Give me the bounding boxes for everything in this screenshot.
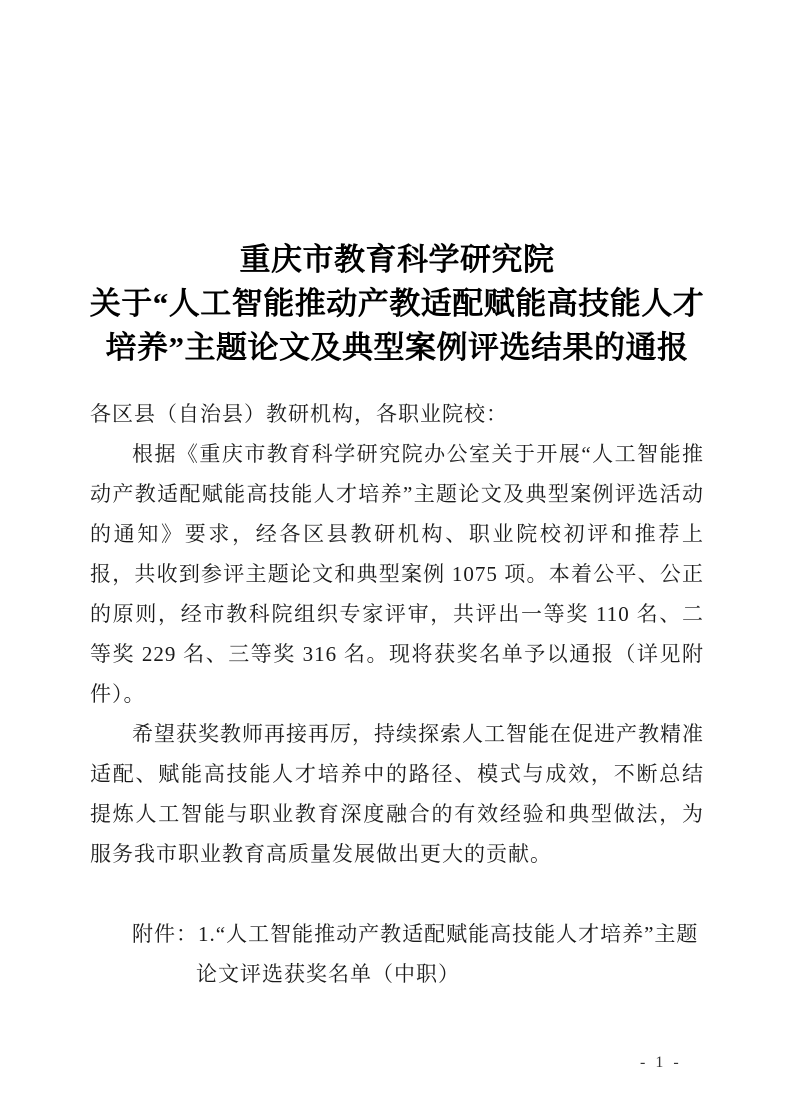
paragraph-1: 根据《重庆市教育科学研究院办公室关于开展“人工智能推动产教适配赋能高技能人才培养…	[90, 434, 704, 714]
page-number: - 1 -	[640, 1052, 750, 1074]
attachment-line-1: 附件：1.“人工智能推动产教适配赋能高技能人才培养”主题	[132, 922, 698, 946]
title-line-1: 重庆市教育科学研究院	[40, 238, 754, 282]
document-page: 重庆市教育科学研究院 关于“人工智能推动产教适配赋能高技能人才 培养”主题论文及…	[0, 0, 794, 1108]
document-body: 各区县（自治县）教研机构，各职业院校： 根据《重庆市教育科学研究院办公室关于开展…	[90, 394, 704, 994]
title-line-2: 关于“人工智能推动产教适配赋能高技能人才	[40, 282, 754, 326]
attachment-list: 附件：1.“人工智能推动产教适配赋能高技能人才培养”主题论文评选获奖名单（中职）	[196, 914, 704, 994]
attachment-line-2: 论文评选获奖名单（中职）	[196, 962, 460, 986]
paragraph-2: 希望获奖教师再接再厉，持续探索人工智能在促进产教精准适配、赋能高技能人才培养中的…	[90, 714, 704, 874]
title-line-3: 培养”主题论文及典型案例评选结果的通报	[40, 326, 754, 370]
salutation: 各区县（自治县）教研机构，各职业院校：	[90, 394, 704, 434]
document-title: 重庆市教育科学研究院 关于“人工智能推动产教适配赋能高技能人才 培养”主题论文及…	[40, 238, 754, 370]
